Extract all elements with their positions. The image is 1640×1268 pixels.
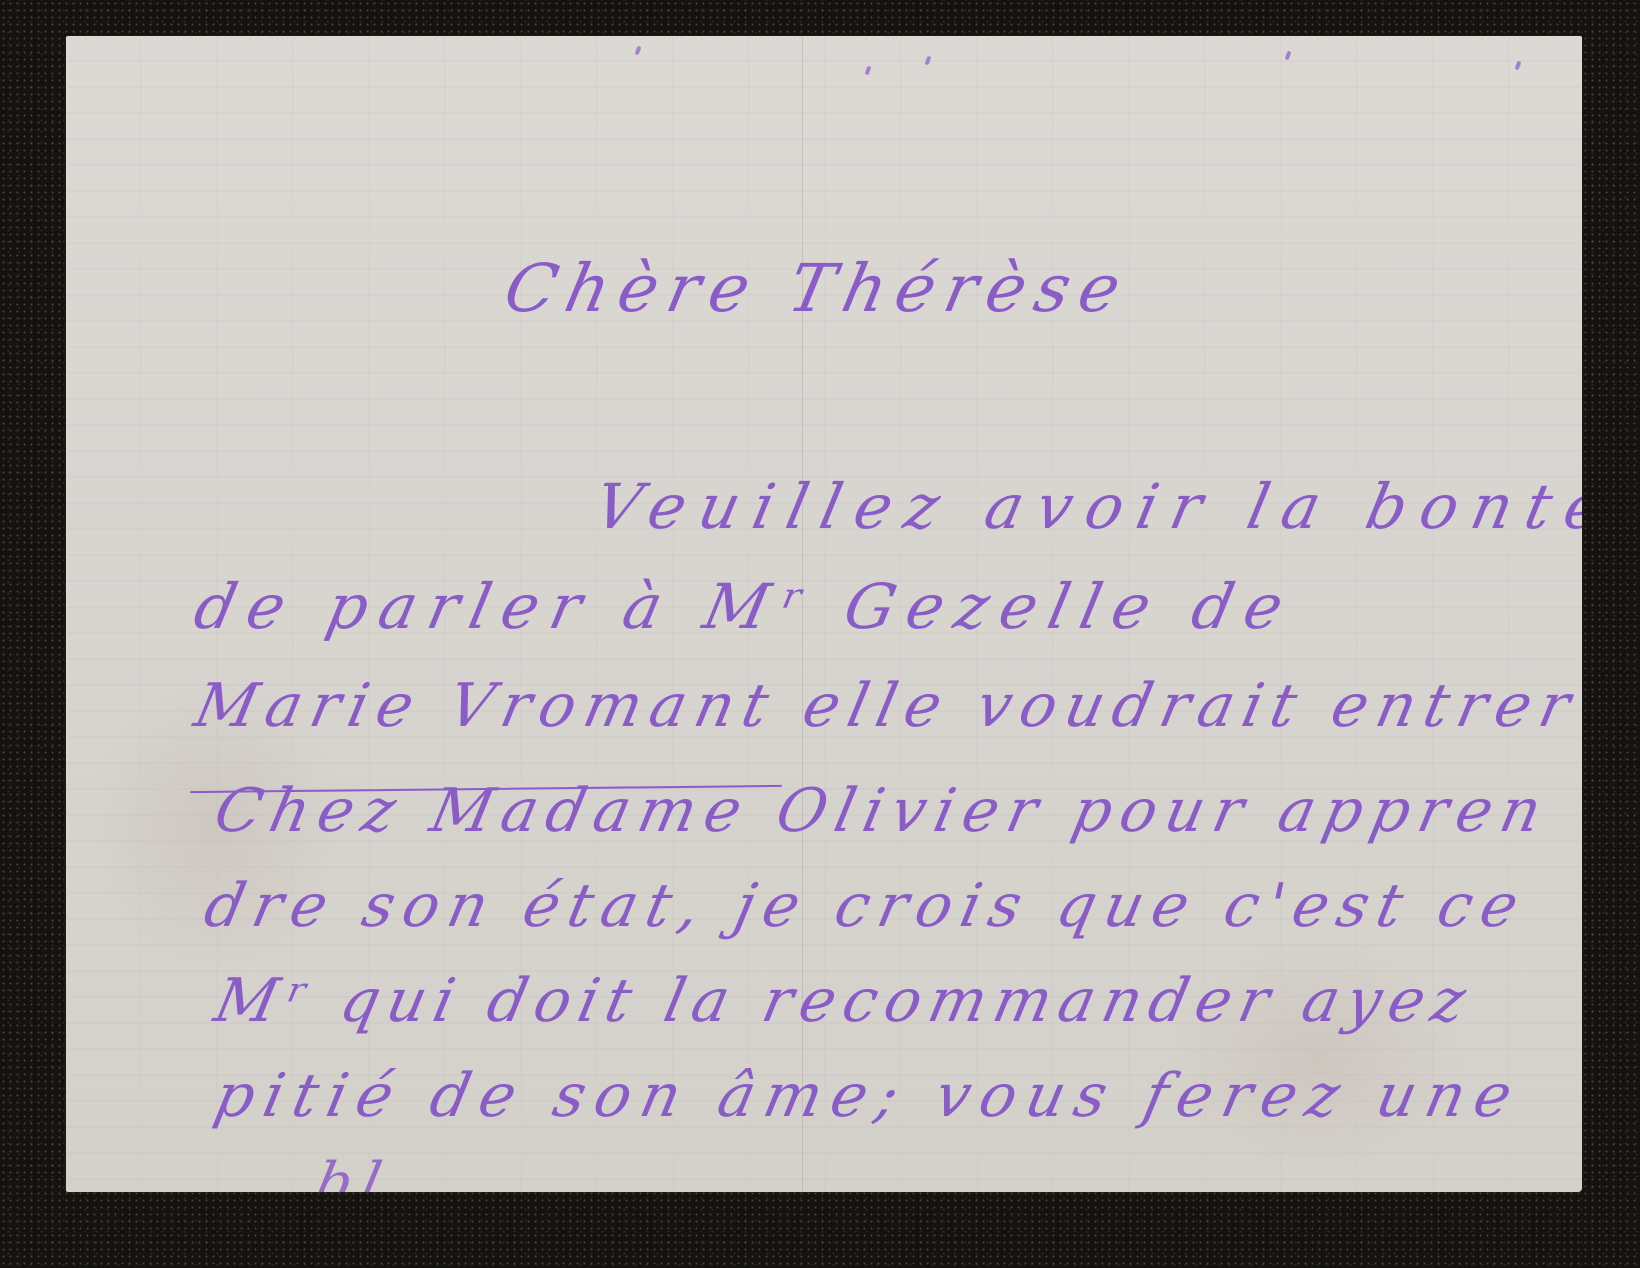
letter-paper: Chère Thérèse Veuillez avoir la bonté de… xyxy=(66,36,1582,1192)
letter-line-2: de parler à Mʳ Gezelle de xyxy=(189,576,1300,638)
ink-speck xyxy=(635,46,642,56)
ink-speck xyxy=(865,66,872,76)
letter-line-6: Mʳ qui doit la recommander ayez xyxy=(210,971,1479,1031)
letter-line-1: Veuillez avoir la bonté xyxy=(589,476,1582,538)
ink-speck xyxy=(1285,51,1292,61)
letter-line-3: Marie Vromant elle voudrait entrer xyxy=(190,676,1582,736)
letter-line-4: Chez Madame Olivier pour appren xyxy=(210,781,1556,841)
ink-speck xyxy=(1515,61,1522,71)
ink-speck xyxy=(925,56,932,66)
letter-line-7: pitié de son âme; vous ferez une xyxy=(210,1066,1527,1126)
letter-line-5: dre son état, je crois que c'est ce xyxy=(200,876,1533,936)
letter-salutation: Chère Thérèse xyxy=(499,256,1136,322)
letter-line-8-cut-off: bl... xyxy=(310,1156,479,1192)
